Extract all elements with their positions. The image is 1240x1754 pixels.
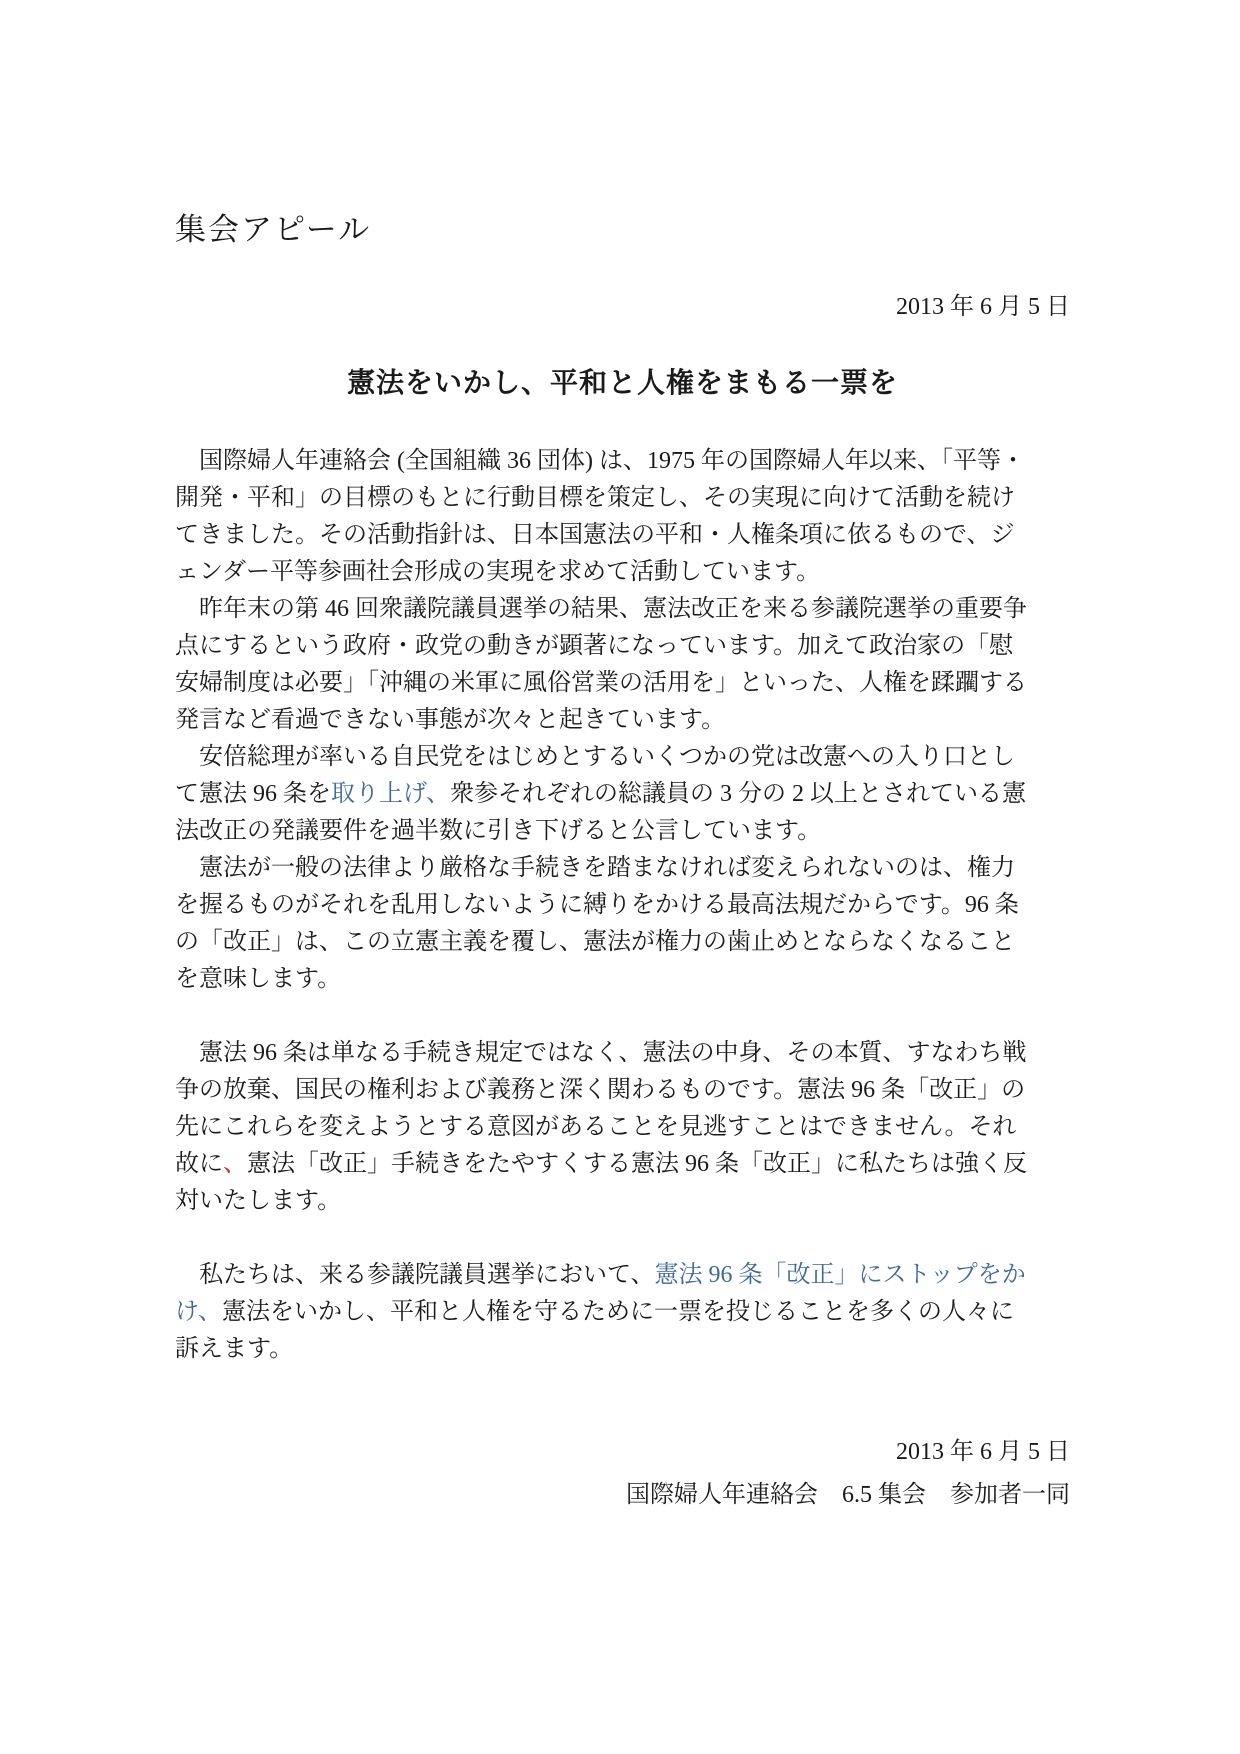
- text-segment: 国際婦人年連絡会 (全国組織 36 団体) は、1975 年の国際婦人年以来、「…: [175, 448, 1025, 474]
- emphasized-red-text: 、: [223, 1151, 247, 1177]
- text-segment: 憲法 96 条は単なる手続き規定ではなく、憲法の中身、その本質、すなわち戦: [175, 1040, 1027, 1066]
- text-line: てきました。その活動指針は、日本国憲法の平和・人権条項に依るもので、ジ: [175, 517, 1070, 554]
- text-segment: てきました。その活動指針は、日本国憲法の平和・人権条項に依るもので、ジ: [175, 522, 1015, 548]
- text-segment: の「改正」は、この立憲主義を覆し、憲法が権力の歯止めとならなくなること: [175, 929, 1015, 955]
- text-segment: 対いたします。: [175, 1188, 341, 1214]
- text-segment: 発言など看過できない事態が次々と起きています。: [175, 707, 725, 733]
- paragraph: 私たちは、来る参議院議員選挙において、憲法 96 条「改正」にストップをかけ、憲…: [175, 1257, 1070, 1368]
- text-segment: 故に: [175, 1151, 223, 1177]
- document-heading: 憲法をいかし、平和と人権をまもる一票を: [175, 366, 1070, 400]
- document-page: 集会アピール 2013 年 6 月 5 日 憲法をいかし、平和と人権をまもる一票…: [0, 0, 1240, 1754]
- text-line: 先にこれらを変えようとする意図があることを見逃すことはできません。それ: [175, 1109, 1070, 1146]
- text-line: 点にするという政府・政党の動きが顕著になっています。加えて政治家の「慰: [175, 628, 1070, 665]
- text-segment: 憲法が一般の法律より厳格な手続きを踏まなければ変えられないのは、権力: [175, 855, 1015, 881]
- text-line: け、憲法をいかし、平和と人権を守るために一票を投じることを多くの人々に: [175, 1294, 1070, 1331]
- text-segment: 憲法「改正」手続きをたやすくする憲法 96 条「改正」に私たちは強く反: [247, 1151, 1027, 1177]
- text-line: 安婦制度は必要」「沖縄の米軍に風俗営業の活用を」といった、人権を蹂躙する: [175, 665, 1070, 702]
- text-segment: を握るものがそれを乱用しないように縛りをかける最高法規だからです。96 条: [175, 892, 1019, 918]
- document-title: 集会アピール: [175, 211, 1070, 248]
- paragraph: 国際婦人年連絡会 (全国組織 36 団体) は、1975 年の国際婦人年以来、「…: [175, 443, 1070, 591]
- text-segment: 安倍総理が率いる自民党をはじめとするいくつかの党は改憲への入り口とし: [175, 744, 1015, 770]
- text-segment: を意味します。: [175, 966, 341, 992]
- document-body: 国際婦人年連絡会 (全国組織 36 団体) は、1975 年の国際婦人年以来、「…: [175, 443, 1070, 1368]
- text-line: 争の放棄、国民の権利および義務と深く関わるものです。憲法 96 条「改正」の: [175, 1072, 1070, 1109]
- text-line: 発言など看過できない事態が次々と起きています。: [175, 702, 1070, 739]
- text-segment: 法改正の発議要件を過半数に引き下げると公言しています。: [175, 818, 821, 844]
- text-segment: 安婦制度は必要」「沖縄の米軍に風俗営業の活用を」といった、人権を蹂躙する: [175, 670, 1027, 696]
- text-line: 対いたします。: [175, 1183, 1070, 1220]
- paragraph: 憲法 96 条は単なる手続き規定ではなく、憲法の中身、その本質、すなわち戦争の放…: [175, 1035, 1070, 1220]
- text-line: 憲法 96 条は単なる手続き規定ではなく、憲法の中身、その本質、すなわち戦: [175, 1035, 1070, 1072]
- text-line: 故に、憲法「改正」手続きをたやすくする憲法 96 条「改正」に私たちは強く反: [175, 1146, 1070, 1183]
- text-segment: 点にするという政府・政党の動きが顕著になっています。加えて政治家の「慰: [175, 633, 1013, 659]
- emphasized-blue-text: 取り上げ、: [331, 781, 450, 807]
- text-segment: 先にこれらを変えようとする意図があることを見逃すことはできません。それ: [175, 1114, 1016, 1140]
- text-line: 訴えます。: [175, 1331, 1070, 1368]
- emphasized-blue-text: 憲法 96 条「改正」にストップをか: [655, 1262, 1026, 1288]
- date-line-top: 2013 年 6 月 5 日: [175, 293, 1070, 322]
- text-segment: て憲法 96 条を: [175, 781, 331, 807]
- text-segment: 衆参それぞれの総議員の 3 分の 2 以上とされている憲: [450, 781, 1026, 807]
- text-segment: 憲法をいかし、平和と人権を守るために一票を投じることを多くの人々に: [222, 1299, 1014, 1325]
- text-line: 開発・平和」の目標のもとに行動目標を策定し、その実現に向けて活動を続け: [175, 480, 1070, 517]
- text-line: を意味します。: [175, 961, 1070, 998]
- text-segment: ェンダー平等参画社会形成の実現を求めて活動しています。: [175, 559, 820, 585]
- text-line: ェンダー平等参画社会形成の実現を求めて活動しています。: [175, 554, 1070, 591]
- document-footer: 2013 年 6 月 5 日 国際婦人年連絡会 6.5 集会 参加者一同: [175, 1431, 1070, 1517]
- text-line: 安倍総理が率いる自民党をはじめとするいくつかの党は改憲への入り口とし: [175, 739, 1070, 776]
- text-segment: 訴えます。: [175, 1336, 293, 1362]
- text-line: を握るものがそれを乱用しないように縛りをかける最高法規だからです。96 条: [175, 887, 1070, 924]
- footer-date: 2013 年 6 月 5 日: [175, 1431, 1070, 1474]
- text-segment: 争の放棄、国民の権利および義務と深く関わるものです。憲法 96 条「改正」の: [175, 1077, 1025, 1103]
- paragraph: 安倍総理が率いる自民党をはじめとするいくつかの党は改憲への入り口として憲法 96…: [175, 739, 1070, 850]
- text-line: 法改正の発議要件を過半数に引き下げると公言しています。: [175, 813, 1070, 850]
- emphasized-blue-text: け、: [175, 1299, 222, 1325]
- text-segment: 開発・平和」の目標のもとに行動目標を策定し、その実現に向けて活動を続け: [175, 485, 1015, 511]
- text-line: て憲法 96 条を取り上げ、衆参それぞれの総議員の 3 分の 2 以上とされてい…: [175, 776, 1070, 813]
- footer-signature: 国際婦人年連絡会 6.5 集会 参加者一同: [175, 1474, 1070, 1517]
- text-line: の「改正」は、この立憲主義を覆し、憲法が権力の歯止めとならなくなること: [175, 924, 1070, 961]
- text-line: 私たちは、来る参議院議員選挙において、憲法 96 条「改正」にストップをか: [175, 1257, 1070, 1294]
- text-line: 憲法が一般の法律より厳格な手続きを踏まなければ変えられないのは、権力: [175, 850, 1070, 887]
- text-line: 昨年末の第 46 回衆議院議員選挙の結果、憲法改正を来る参議院選挙の重要争: [175, 591, 1070, 628]
- text-line: 国際婦人年連絡会 (全国組織 36 団体) は、1975 年の国際婦人年以来、「…: [175, 443, 1070, 480]
- paragraph: 昨年末の第 46 回衆議院議員選挙の結果、憲法改正を来る参議院選挙の重要争点にす…: [175, 591, 1070, 739]
- text-segment: 私たちは、来る参議院議員選挙において、: [175, 1262, 655, 1288]
- text-segment: 昨年末の第 46 回衆議院議員選挙の結果、憲法改正を来る参議院選挙の重要争: [175, 596, 1027, 622]
- paragraph: 憲法が一般の法律より厳格な手続きを踏まなければ変えられないのは、権力を握るものが…: [175, 850, 1070, 998]
